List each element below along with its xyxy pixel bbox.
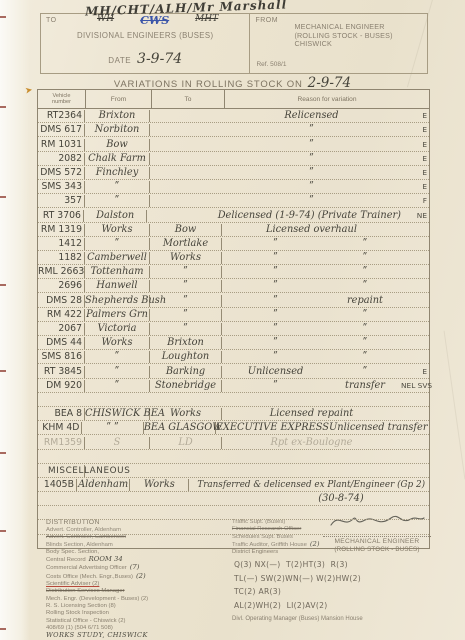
from-cell: S (85, 437, 150, 449)
vehicle-number-cell: 2696 (38, 280, 85, 292)
reason-text-secondary: ʺ (329, 323, 401, 335)
distribution-item-text: Distribution Services Manager (46, 588, 125, 594)
reason-cell: ʺ repaint (222, 295, 429, 307)
reason-cell: ʺ ʺ (222, 266, 429, 278)
vehicle-number-cell: DM 920 (38, 380, 85, 392)
table-row: 2696 Hanwell ʺ ʺ ʺ (38, 279, 429, 293)
to-cell: Brixton (150, 337, 222, 349)
table-row (38, 393, 429, 407)
table-row: 1182 Camberwell Works ʺ ʺ (38, 251, 429, 265)
from-cell: Aldenham (77, 479, 130, 491)
table-header-row: Vehicle number From To Reason for variat… (38, 90, 429, 109)
status-code: F (401, 195, 429, 207)
scan-artifact (0, 628, 6, 630)
from-cell: ʺ (85, 380, 150, 392)
to-cell: ʺ (150, 295, 222, 307)
from-cell: ʺ (85, 195, 150, 207)
reason-text: ʺ (222, 295, 329, 307)
reason-cell: ʺ ʺ (222, 309, 429, 321)
reason-cell: ʺ transfer NEL SVS (222, 380, 429, 392)
distribution-item-annotation: (7) (130, 563, 140, 571)
scanned-memo-page: MH/CHT/ALH/Mr Marshall WH CWS MHT TO DIV… (0, 0, 465, 640)
distribution-item-text: Statistical Office - Chiswick (2) (46, 618, 125, 624)
scan-artifact (0, 370, 6, 372)
status-code: E (401, 167, 429, 179)
column-header-to: To (152, 90, 225, 108)
table-row: RM 1031 Bow ʺ E (38, 137, 429, 151)
table-row (38, 535, 429, 548)
reason-text: ʺ (222, 266, 329, 278)
from-cell: ʺ (85, 366, 150, 378)
from-cell: Palmers Grn (85, 309, 150, 321)
to-cell: Mortlake (150, 238, 222, 250)
distribution-item-text: Scientific Adviser (2) (46, 581, 99, 587)
distribution-item-text: Central Record (46, 557, 86, 563)
vehicle-number-cell: 2067 (38, 323, 85, 335)
to-cell: ʺ (150, 323, 222, 335)
to-cell: BEA GLASGOW (144, 422, 216, 434)
vehicle-number-cell: KHM 4D (38, 422, 82, 434)
from-cell: Works (85, 224, 150, 236)
distribution-item: Costs Office (Mech. Engr.,Buses)(2) (46, 573, 196, 581)
vehicle-number-cell: RM 1031 (38, 139, 85, 151)
reason-text: ʺ (222, 351, 329, 363)
from-cell: Brixton (85, 110, 150, 122)
garage-code-line: AL(2)WH(2) LI(2)AV(2) (234, 599, 424, 613)
distribution-item: WORKS STUDY, CHISWICK (46, 632, 196, 640)
table-row: DMS 44 Works Brixton ʺ ʺ (38, 336, 429, 350)
table-row: 1412 ʺ Mortlake ʺ ʺ (38, 237, 429, 251)
reason-text: Licensed repaint (222, 408, 401, 420)
reason-text-secondary: Unlicensed transfer (329, 422, 401, 434)
reason-cell: EXECUTIVE EXPRESS Unlicensed transfer (216, 422, 429, 434)
table-row: 357 ʺ ʺ F (38, 194, 429, 208)
paper-crease (444, 331, 465, 480)
from-cell: Chalk Farm (85, 153, 150, 165)
reason-text: ʺ (222, 252, 329, 264)
date-value: 3-9-74 (137, 51, 182, 67)
status-code: NEL SVS (401, 380, 429, 392)
reason-cell: ʺ ʺ (222, 280, 429, 292)
garage-code-line: Q(3) NX(—) T(2)HT(3) R(3) (234, 558, 424, 572)
to-cell: ʺ (150, 266, 222, 278)
reason-text-secondary: ʺ (329, 309, 401, 321)
from-cell: Finchley (85, 167, 150, 179)
distribution-item-text: WORKS STUDY, CHISWICK (46, 631, 148, 639)
from-cell: Works (85, 337, 150, 349)
table-row: DMS 617 Norbiton ʺ E (38, 123, 429, 137)
scan-artifact (0, 530, 6, 532)
table-row (38, 506, 429, 520)
table-row: DMS 28 Shepherds Bush ʺ ʺ repaint (38, 293, 429, 307)
reason-cell: ʺ E (222, 181, 429, 193)
from-cell: Bow (85, 139, 150, 151)
to-cell: Works (150, 408, 222, 420)
vehicle-number-cell: 1412 (38, 238, 85, 250)
column-header-reason: Reason for variation (225, 90, 429, 108)
reason-text: Unlicensed (222, 366, 329, 378)
to-cell: Barking (150, 366, 222, 378)
reason-text: Transferred & delicensed ex Plant/Engine… (189, 479, 425, 491)
table-row (38, 520, 429, 534)
distribution-item-text: Costs Office (Mech. Engr.,Buses) (46, 574, 133, 580)
reason-text: ʺ (222, 238, 329, 250)
reason-cell: ʺ E (222, 153, 429, 165)
reason-cell: ʺ ʺ (222, 351, 429, 363)
vehicle-number-cell: RT2364 (38, 110, 85, 122)
reason-cell: Licensed overhaul (222, 224, 429, 236)
reason-text: ʺ (222, 181, 401, 193)
reason-cell: (30-8-74) (222, 493, 429, 505)
from-address: MECHANICAL ENGINEER (ROLLING STOCK - BUS… (294, 23, 392, 49)
to-cell: ʺ (150, 280, 222, 292)
vehicle-number-cell: SMS 343 (38, 181, 85, 193)
from-cell: Shepherds Bush (85, 295, 150, 307)
garage-code-counts: Q(3) NX(—) T(2)HT(3) R(3) TL(—) SW(2)WN(… (234, 558, 424, 612)
status-code: E (401, 153, 429, 165)
to-value: DIVISIONAL ENGINEERS (BUSES) (41, 31, 249, 40)
distribution-item-text: R. S. Licensing Section (8) (46, 603, 116, 609)
vehicle-number-cell: RM1359 (38, 437, 85, 449)
distribution-item: Mech. Engr. (Development - Buses) (2) (46, 596, 196, 603)
table-row: RM 1319 Works Bow Licensed overhaul (38, 223, 429, 237)
reason-cell: Relicensed E (222, 110, 429, 122)
reason-text: ʺ (222, 280, 329, 292)
to-cell: Works (150, 252, 222, 264)
table-row: 2082 Chalk Farm ʺ E (38, 152, 429, 166)
distribution-item-annotation: (2) (136, 572, 146, 580)
reference-number: Ref. 508/1 (256, 61, 286, 68)
table-row: DMS 572 Finchley ʺ E (38, 166, 429, 180)
distribution-item-text: District Engineers (232, 549, 278, 555)
table-row: RM1359 S LD Rpt ex-Boulogne (38, 435, 429, 449)
reason-cell: Transferred & delicensed ex Plant/Engine… (189, 479, 429, 491)
from-cell: ʺ (85, 351, 150, 363)
table-row: RT2364 Brixton Relicensed E (38, 109, 429, 123)
vehicle-number-cell: DMS 617 (38, 124, 85, 136)
table-body: RT2364 Brixton Relicensed E DMS 617 Norb… (38, 109, 429, 548)
reason-cell: ʺ F (222, 195, 429, 207)
column-header-from: From (86, 90, 152, 108)
table-row: 1405B Aldenham Works Transferred & delic… (38, 478, 429, 492)
from-cell: ʺ (85, 181, 150, 193)
garage-code-line: TC(2) AR(3) (234, 585, 424, 599)
variations-table: Vehicle number From To Reason for variat… (37, 89, 430, 549)
from-cell: Hanwell (85, 280, 150, 292)
status-code: E (401, 139, 429, 151)
routing-annotation: MH/CHT/ALH/Mr Marshall WH CWS MHT (85, 1, 287, 27)
table-row (38, 450, 429, 464)
scan-artifact (0, 106, 6, 108)
distribution-item-text: Body Spec. Section, (46, 549, 99, 555)
reason-text-secondary: (30-8-74) (281, 493, 401, 505)
status-code: NE (401, 210, 429, 222)
vehicle-number-cell: MISCELLANEOUS (38, 465, 85, 477)
from-cell: ʺ ʺ (82, 422, 143, 434)
reason-text: Delicensed (1-9-74) (Private Trainer) (218, 210, 401, 222)
distribution-item: R. S. Licensing Section (8) (46, 603, 196, 610)
status-code: E (401, 366, 429, 378)
vehicle-number-cell: SMS 816 (38, 351, 85, 363)
status-code: E (401, 110, 429, 122)
column-header-vehicle: Vehicle number (38, 90, 86, 108)
reason-cell: ʺ E (222, 167, 429, 179)
distribution-item: Commercial Advertising Officer(7) (46, 564, 196, 572)
table-row: RM 422 Palmers Grn ʺ ʺ ʺ (38, 308, 429, 322)
garage-code-line: TL(—) SW(2)WN(—) W(2)HW(2) (234, 572, 424, 586)
from-cell: Dalston (84, 210, 147, 222)
reason-text: Rpt ex-Boulogne (222, 437, 401, 449)
vehicle-number-cell: BEA 8 (38, 408, 85, 420)
reason-text-secondary: ʺ (329, 351, 401, 363)
from-line: CHISWICK (294, 40, 392, 49)
reason-text: Relicensed (222, 110, 401, 122)
table-row: RT 3706 Dalston Delicensed (1-9-74) (Pri… (38, 208, 429, 222)
distribution-item: Rolling Stock Inspection (46, 610, 196, 617)
vehicle-number-cell: DMS 28 (38, 295, 85, 307)
vehicle-number-cell: DMS 572 (38, 167, 85, 179)
vehicle-number-cell: RT 3706 (38, 210, 84, 222)
reason-text-secondary: ʺ (329, 266, 401, 278)
reason-text: ʺ (222, 195, 401, 207)
table-row: SMS 816 ʺ Loughton ʺ ʺ (38, 350, 429, 364)
to-label: TO (46, 17, 57, 24)
scan-artifact (0, 284, 6, 286)
scan-artifact (0, 196, 6, 198)
to-cell: LD (150, 437, 222, 449)
scan-artifact (0, 452, 6, 454)
from-cell: ʺ (85, 238, 150, 250)
table-row: (30-8-74) (38, 492, 429, 506)
reason-text-secondary: ʺ (329, 252, 401, 264)
to-cell: Bow (150, 224, 222, 236)
distribution-item: Scientific Adviser (2) (46, 581, 196, 588)
to-cell: Loughton (150, 351, 222, 363)
to-cell: Works (130, 479, 189, 491)
distribution-item-text: Commercial Advertising Officer (46, 565, 127, 571)
reason-text: ʺ (222, 380, 329, 392)
table-row: RT 3845 ʺ Barking Unlicensed ʺ E (38, 364, 429, 378)
distribution-item-text: Mech. Engr. (Development - Buses) (2) (46, 596, 148, 602)
status-code: E (401, 181, 429, 193)
from-cell: Victoria (85, 323, 150, 335)
distribution-item: Distribution Services Manager (46, 588, 196, 595)
table-row: KHM 4D ʺ ʺ BEA GLASGOW EXECUTIVE EXPRESS… (38, 421, 429, 435)
reason-text: EXECUTIVE EXPRESS (216, 422, 329, 434)
to-cell: ʺ (150, 309, 222, 321)
reason-text: ʺ (222, 167, 401, 179)
distribution-item-text: 408/69 (1) (504 6/71 508) (46, 625, 113, 631)
from-cell: Camberwell (85, 252, 150, 264)
table-row: RML 2663 Tottenham ʺ ʺ ʺ (38, 265, 429, 279)
vehicle-number-cell: DMS 44 (38, 337, 85, 349)
vehicle-number-cell: RML 2663 (38, 266, 85, 278)
reason-text-secondary: ʺ (329, 337, 401, 349)
scan-artifact (0, 16, 6, 18)
status-code: E (401, 124, 429, 136)
table-row: DM 920 ʺ Stonebridge ʺ transfer NEL SVS (38, 379, 429, 393)
from-cell: Norbiton (85, 124, 150, 136)
to-cell: Stonebridge (150, 380, 222, 392)
reason-cell: Unlicensed ʺ E (222, 366, 429, 378)
reason-text: ʺ (222, 139, 401, 151)
reason-cell: Delicensed (1-9-74) (Private Trainer) NE (218, 210, 429, 222)
vehicle-number-cell: RM 1319 (38, 224, 85, 236)
highlight-arrow-icon: ➤ (24, 84, 33, 96)
vehicle-number-cell: 1405B (38, 479, 77, 491)
reason-text: ʺ (222, 337, 329, 349)
reason-cell: Licensed repaint (222, 408, 429, 420)
date-row: DATE3-9-74 (41, 50, 249, 68)
reason-cell: ʺ ʺ (222, 238, 429, 250)
reason-cell: ʺ E (222, 124, 429, 136)
table-row: SMS 343 ʺ ʺ E (38, 180, 429, 194)
reason-text: ʺ (222, 153, 401, 165)
reason-text: ʺ (222, 323, 329, 335)
reason-text: ʺ (222, 309, 329, 321)
table-row: BEA 8 CHISWICK BEA Works Licensed repain… (38, 407, 429, 421)
vehicle-number-cell: 1182 (38, 252, 85, 264)
divisional-manager-line: Divl. Operating Manager (Buses) Mansion … (232, 616, 363, 622)
distribution-item: Central RecordROOM 34 (46, 556, 196, 564)
date-label: DATE (108, 56, 131, 65)
distribution-item-annotation: ROOM 34 (89, 555, 123, 563)
table-row: MISCELLANEOUS (38, 464, 429, 478)
routing-token: MHT (195, 14, 218, 27)
distribution-item-text: Rolling Stock Inspection (46, 610, 109, 616)
reason-text-secondary: ʺ (329, 280, 401, 292)
vehicle-number-cell: 2082 (38, 153, 85, 165)
reason-text: Licensed overhaul (222, 224, 401, 236)
vehicle-number-cell: 357 (38, 195, 85, 207)
reason-text-secondary: ʺ (329, 238, 401, 250)
reason-cell: Rpt ex-Boulogne (222, 437, 429, 449)
from-cell: Tottenham (85, 266, 150, 278)
reason-text-secondary: repaint (329, 295, 401, 307)
reason-cell: ʺ ʺ (222, 337, 429, 349)
table-row: 2067 Victoria ʺ ʺ ʺ (38, 322, 429, 336)
vehicle-number-cell: RM 422 (38, 309, 85, 321)
reason-text: ʺ (222, 124, 401, 136)
reason-cell: ʺ E (222, 139, 429, 151)
reason-text-secondary: transfer (329, 380, 401, 392)
vehicle-number-cell: RT 3845 (38, 366, 85, 378)
reason-cell: ʺ ʺ (222, 252, 429, 264)
reason-text-secondary: ʺ (329, 366, 401, 378)
reason-cell: ʺ ʺ (222, 323, 429, 335)
from-cell: CHISWICK BEA (85, 408, 150, 420)
distribution-item: Statistical Office - Chiswick (2) (46, 618, 196, 625)
